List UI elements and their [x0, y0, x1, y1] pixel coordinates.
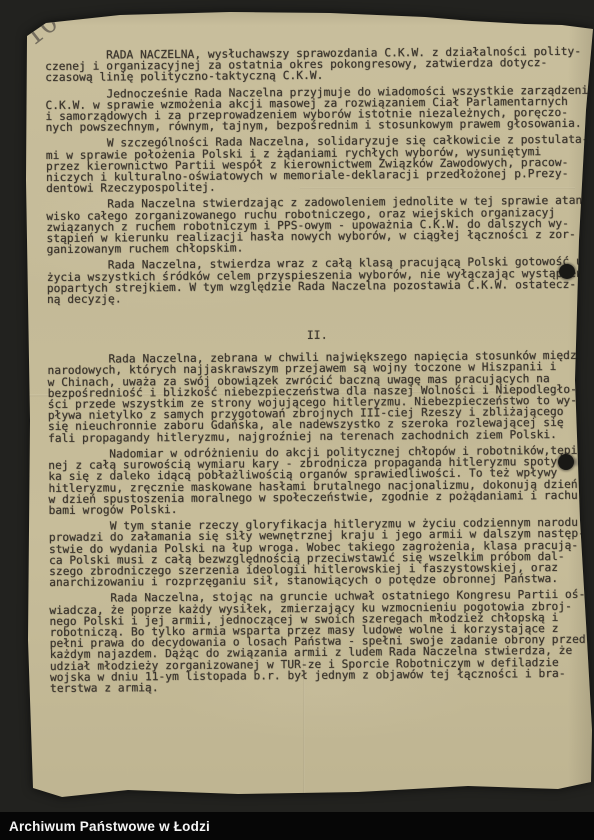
paragraph: Rada Naczelna stwierdzając z zadowolenie…	[46, 195, 586, 255]
paragraph: W szczególności Rada Naczelna, solidaryz…	[46, 134, 586, 194]
document-page: 10 RADA NACZELNA, wysłuchawszy sprawozda…	[0, 0, 594, 812]
archive-name: Archiwum Państwowe w Łodzi	[9, 819, 210, 834]
scan-viewport: 10 RADA NACZELNA, wysłuchawszy sprawozda…	[0, 0, 594, 840]
text-line: anarchizowaniu i rozprzęganiu sił, stano…	[49, 573, 589, 588]
hole-punch-bottom	[558, 454, 574, 470]
document-text: RADA NACZELNA, wysłuchawszy sprawozdania…	[45, 46, 590, 699]
paragraph: W tym stanie rzeczy gloryfikacja hitlery…	[49, 517, 590, 588]
hole-punch-top	[559, 264, 575, 279]
paragraph: RADA NACZELNA, wysłuchawszy sprawozdania…	[45, 46, 585, 84]
text-line: czasową linię polityczno-taktyczną C.K.W…	[45, 68, 585, 83]
hole-smudge	[572, 458, 587, 466]
paragraph: Rada Naczelna, stojąc na gruncie uchwał …	[49, 589, 590, 694]
pencil-number: 10	[18, 7, 64, 53]
paragraph: Rada Naczelna, zebrana w chwili najwięks…	[47, 350, 588, 444]
text-line: fali propagandy hitleryzmu, najgroźniej …	[48, 428, 588, 443]
paragraph: Jednocześnie Rada Naczelna przyjmuje do …	[45, 84, 585, 133]
paragraph: Rada Naczelna, stwierdza wraz z całą kla…	[47, 256, 587, 305]
paragraph: Nadomiar w odróżnieniu do akcji politycz…	[48, 445, 589, 516]
section-heading: II.	[47, 327, 587, 343]
archive-watermark-bar: Archiwum Państwowe w Łodzi	[0, 812, 594, 840]
text-line: nych powszechnym, równym, tajnym, bezpoś…	[46, 118, 586, 133]
paper-shadow: 10 RADA NACZELNA, wysłuchawszy sprawozda…	[0, 0, 594, 840]
